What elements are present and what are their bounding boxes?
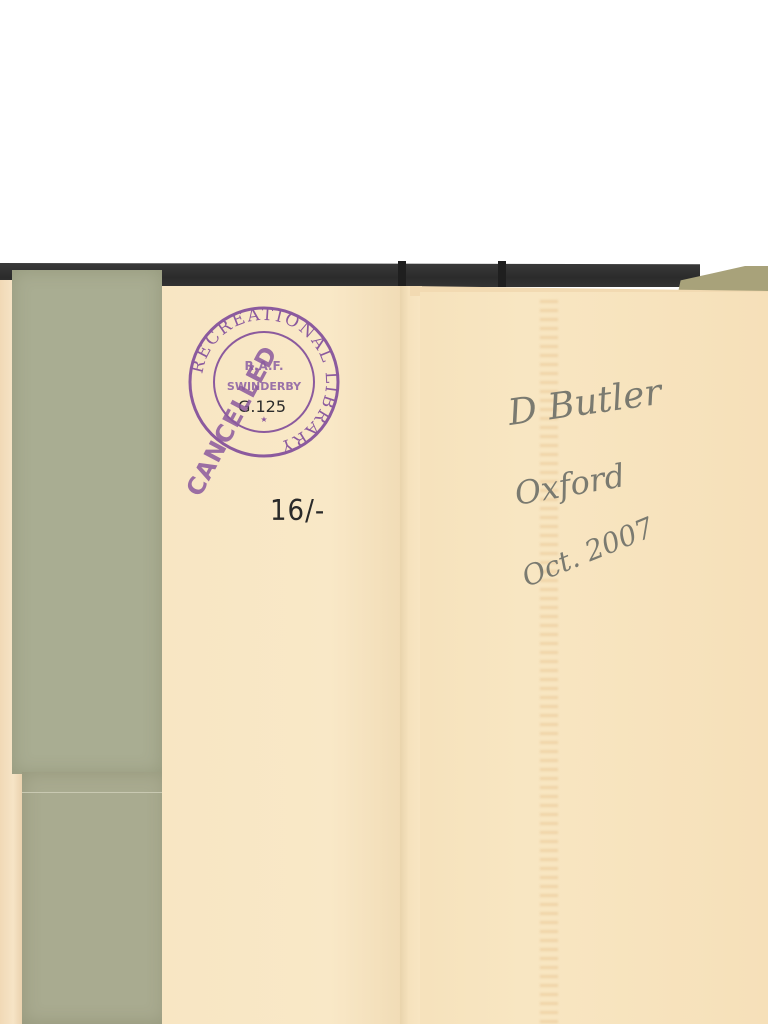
inscription-line-2: Oxford	[512, 456, 628, 513]
inscription-line-3: Oct. 2007	[517, 511, 658, 594]
inscription-line-1: D Butler	[505, 372, 666, 434]
spine-seam	[498, 261, 506, 287]
cover-flap-green-lower	[22, 772, 166, 1024]
library-stamp: RECREATIONAL LIBRARY R.A.F. SWINDERBY ★ …	[184, 302, 344, 502]
spine-seam	[398, 261, 406, 287]
flap-seam	[22, 792, 162, 793]
cover-flap-green	[12, 270, 162, 774]
pencil-inscription: D Butler Oxford Oct. 2007	[505, 365, 675, 600]
price-mark: 16/-	[270, 495, 325, 528]
stamp-star-icon: ★	[260, 415, 267, 424]
book-gutter	[400, 286, 422, 1024]
